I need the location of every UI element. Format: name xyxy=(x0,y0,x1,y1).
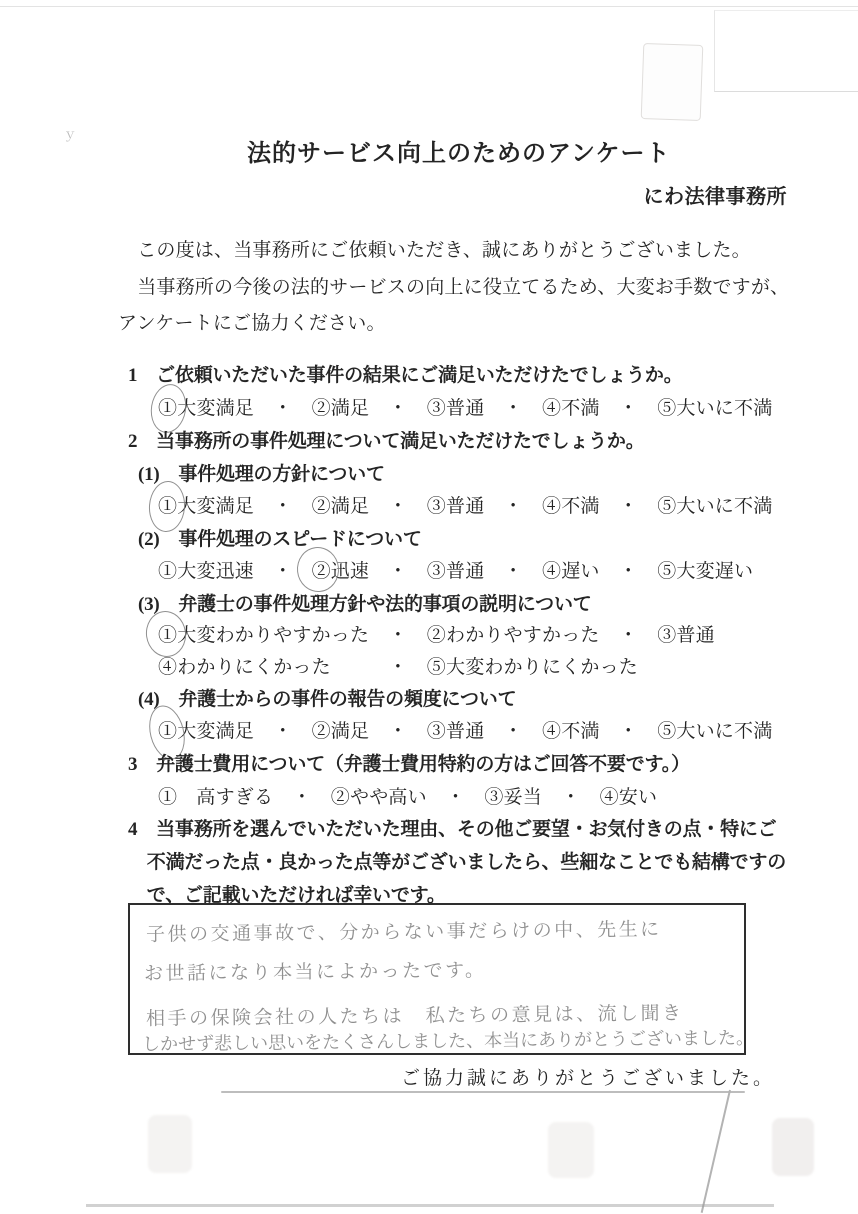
closing-text: ご協力誠にありがとうございました。 xyxy=(401,1066,775,1092)
handwritten-line-4: しかせず悲しい思いをたくさんしました、本当にありがとうございました。 xyxy=(142,1024,754,1056)
stray-pencil-mark: ｙ xyxy=(64,125,76,142)
scan-smudge-left xyxy=(148,1115,192,1173)
page-title: 法的サービス向上のためのアンケート xyxy=(247,141,671,167)
question-4-line-1: 4 当事務所を選んでいただいた理由、その他ご要望・お気付きの点・特にご xyxy=(128,817,777,843)
answer-circle-q1 xyxy=(147,382,189,436)
question-2-3-options-row1: ①大変わかりやすかった ・ ②わかりやすかった ・ ③普通 xyxy=(158,623,715,649)
question-2-label: 2 当事務所の事件処理について満足いただけたでしょうか。 xyxy=(128,429,645,455)
scan-top-edge-artifact xyxy=(0,6,858,7)
question-4-line-2: 不満だった点・良かった点等がございましたら、些細なことでも結構ですの xyxy=(128,850,786,876)
scan-smudge-center xyxy=(548,1122,594,1178)
intro-line-3: アンケートにご協力ください。 xyxy=(118,311,386,337)
question-2-2-options: ①大変迅速 ・ ②迅速 ・ ③普通 ・ ④遅い ・ ⑤大変遅い xyxy=(158,559,753,585)
question-2-4-label: (4) 弁護士からの事件の報告の頻度について xyxy=(138,687,516,713)
question-2-3-options-row2: ④わかりにくかった ・ ⑤大変わかりにくかった xyxy=(158,655,638,681)
scanned-survey-page: ｙ 法的サービス向上のためのアンケート にわ法律事務所 この度は、当事務所にご依… xyxy=(0,0,858,1214)
scan-bottom-line-artifact xyxy=(86,1204,774,1207)
scan-pencil-sketch-artifact xyxy=(641,43,704,121)
question-1-options: ①大変満足 ・ ②満足 ・ ③普通 ・ ④不満 ・ ⑤大いに不満 xyxy=(158,396,772,422)
question-2-2-label: (2) 事件処理のスピードについて xyxy=(138,527,422,553)
question-1-label: 1 ご依頼いただいた事件の結果にご満足いただけたでしょうか。 xyxy=(128,363,683,389)
intro-line-1: この度は、当事務所にご依頼いただき、誠にありがとうございました。 xyxy=(118,238,751,264)
question-2-3-label: (3) 弁護士の事件処理方針や法的事項の説明について xyxy=(138,592,592,618)
question-3-options: ① 高すぎる ・ ②やや高い ・ ③妥当 ・ ④安い xyxy=(158,785,657,811)
handwritten-line-1: 子供の交通事故で、分からない事だらけの中、先生に xyxy=(146,914,662,946)
scan-corner-paper-artifact xyxy=(714,10,858,92)
scan-bottom-paper-edge-right xyxy=(701,1090,731,1213)
question-3-label: 3 弁護士費用について（弁護士費用特約の方はご回答不要です。） xyxy=(128,752,690,778)
office-name: にわ法律事務所 xyxy=(644,184,788,210)
scan-smudge-right xyxy=(772,1118,814,1176)
free-response-box: 子供の交通事故で、分からない事だらけの中、先生に お世話になり本当によかったです… xyxy=(128,903,746,1055)
question-2-4-options: ①大変満足 ・ ②満足 ・ ③普通 ・ ④不満 ・ ⑤大いに不満 xyxy=(158,719,772,745)
handwritten-line-2: お世話になり本当によかったです。 xyxy=(144,955,487,986)
question-2-1-options: ①大変満足 ・ ②満足 ・ ③普通 ・ ④不満 ・ ⑤大いに不満 xyxy=(158,494,772,520)
intro-line-2: 当事務所の今後の法的サービスの向上に役立てるため、大変お手数ですが、 xyxy=(118,275,789,301)
